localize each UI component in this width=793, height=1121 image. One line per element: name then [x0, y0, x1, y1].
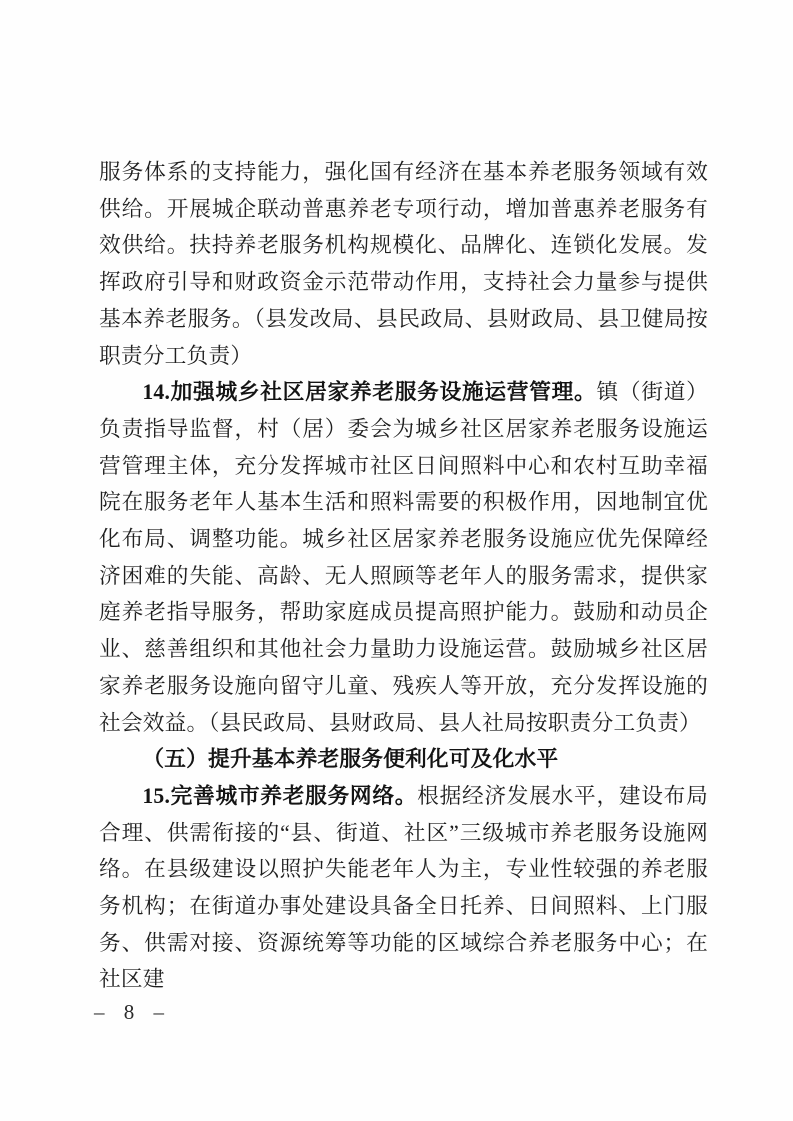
document-body: 服务体系的支持能力，强化国有经济在基本养老服务领域有效供给。开展城企联动普惠养老… [99, 154, 708, 998]
heading-segment: 14.加强城乡社区居家养老服务设施运营管理。 [142, 380, 596, 404]
text-segment: 根据经济发展水平，建设布局合理、供需衔接的“县、街道、社区”三级城市养老服务设施… [99, 784, 708, 992]
paragraph: （五）提升基本养老服务便利化可及化水平 [99, 741, 708, 778]
text-segment: 服务体系的支持能力，强化国有经济在基本养老服务领域有效供给。开展城企联动普惠养老… [99, 160, 708, 368]
paragraph: 服务体系的支持能力，强化国有经济在基本养老服务领域有效供给。开展城企联动普惠养老… [99, 154, 708, 374]
document-page: 服务体系的支持能力，强化国有经济在基本养老服务领域有效供给。开展城企联动普惠养老… [0, 0, 793, 1121]
paragraph: 14.加强城乡社区居家养老服务设施运营管理。镇（街道）负责指导监督，村（居）委会… [99, 374, 708, 741]
text-segment: 镇（街道）负责指导监督，村（居）委会为城乡社区居家养老服务设施运营管理主体，充分… [99, 380, 708, 734]
paragraph: 15.完善城市养老服务网络。根据经济发展水平，建设布局合理、供需衔接的“县、街道… [99, 778, 708, 998]
heading-segment: （五）提升基本养老服务便利化可及化水平 [142, 747, 558, 771]
page-number: – 8 – [94, 1000, 171, 1025]
heading-segment: 15.完善城市养老服务网络。 [142, 784, 417, 808]
